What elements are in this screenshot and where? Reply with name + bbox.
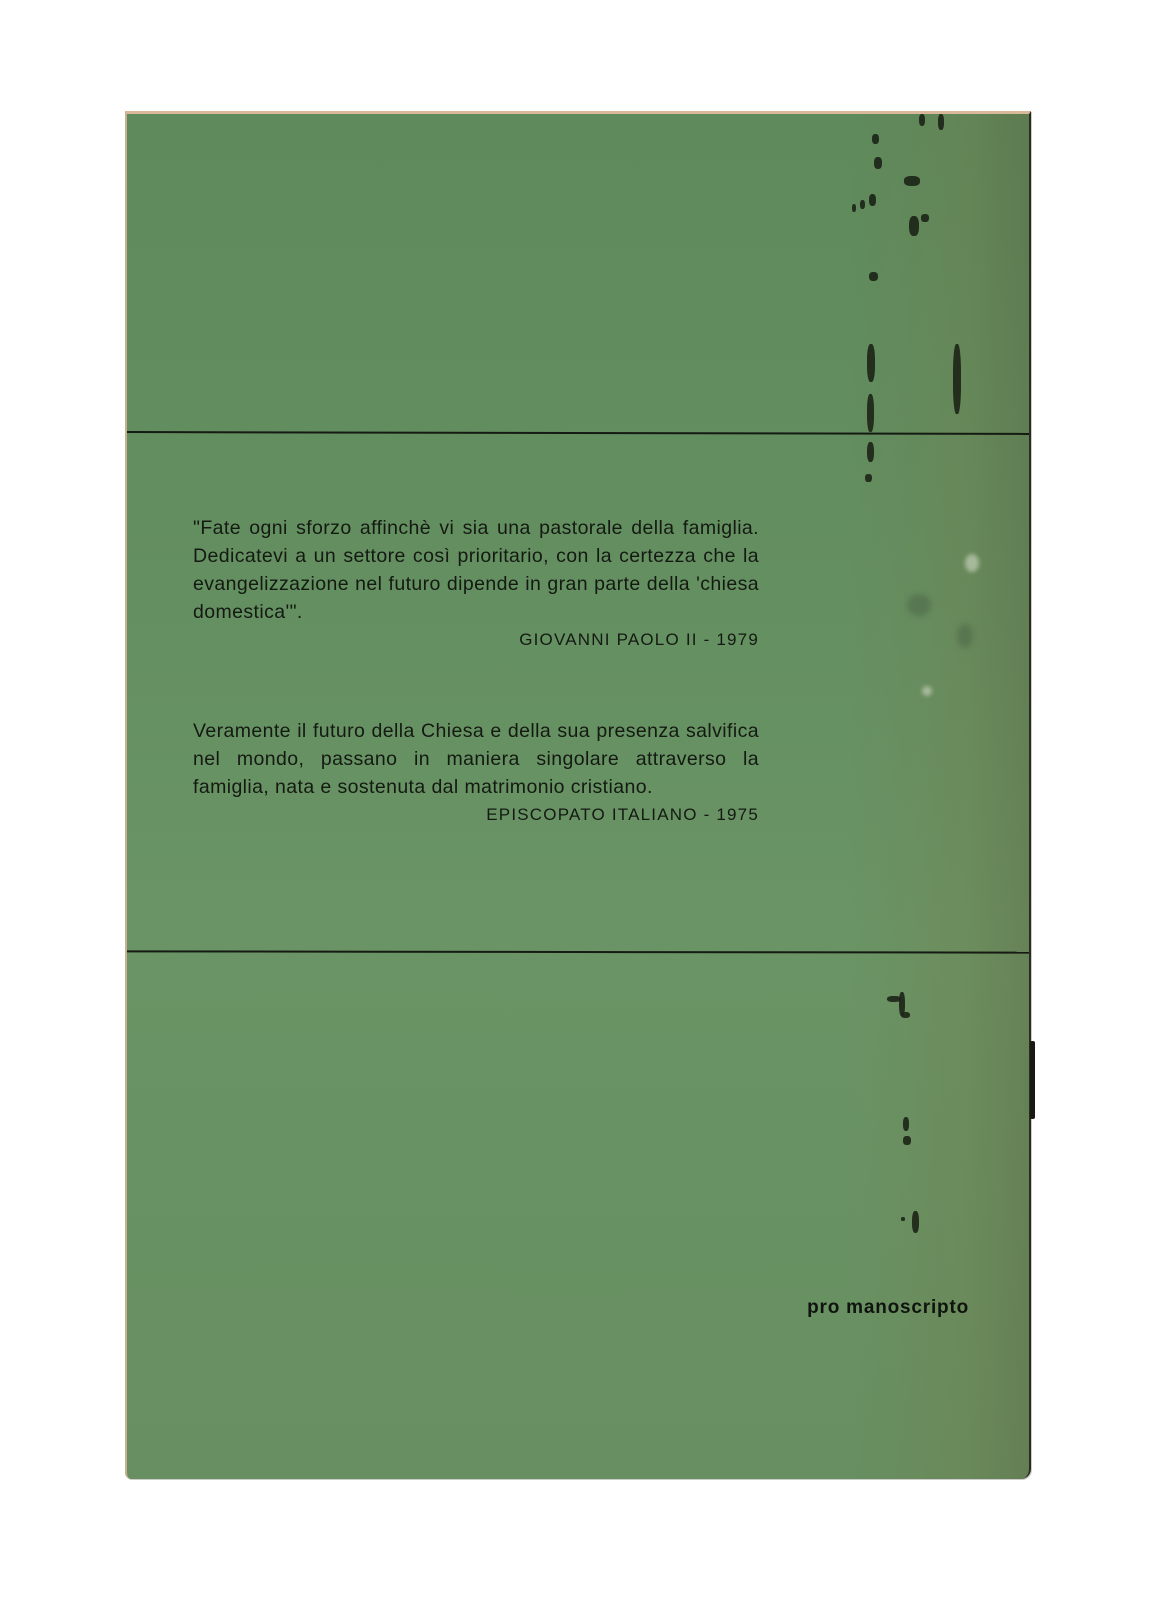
paper-stain bbox=[957, 624, 973, 648]
paper-stain bbox=[907, 594, 931, 616]
staple-edge bbox=[1030, 1041, 1035, 1119]
pro-manoscripto-note: pro manoscripto bbox=[807, 1297, 969, 1319]
fold-line-top bbox=[127, 431, 1029, 435]
paper-stain bbox=[922, 686, 932, 696]
quote-text: Veramente il futuro della Chiesa e della… bbox=[193, 717, 759, 801]
paper-stain bbox=[965, 554, 979, 572]
fold-line-bottom bbox=[127, 950, 1029, 953]
quote-pope-john-paul: "Fate ogni sforzo affinchè vi sia una pa… bbox=[193, 514, 759, 654]
quote-italian-episcopate: Veramente il futuro della Chiesa e della… bbox=[193, 717, 759, 829]
quote-text: "Fate ogni sforzo affinchè vi sia una pa… bbox=[193, 514, 759, 626]
spine-ink-marks bbox=[857, 114, 977, 1479]
booklet-back-cover: "Fate ogni sforzo affinchè vi sia una pa… bbox=[125, 111, 1031, 1479]
quote-attribution: EPISCOPATO ITALIANO - 1975 bbox=[193, 801, 759, 829]
quote-attribution: GIOVANNI PAOLO II - 1979 bbox=[193, 626, 759, 654]
